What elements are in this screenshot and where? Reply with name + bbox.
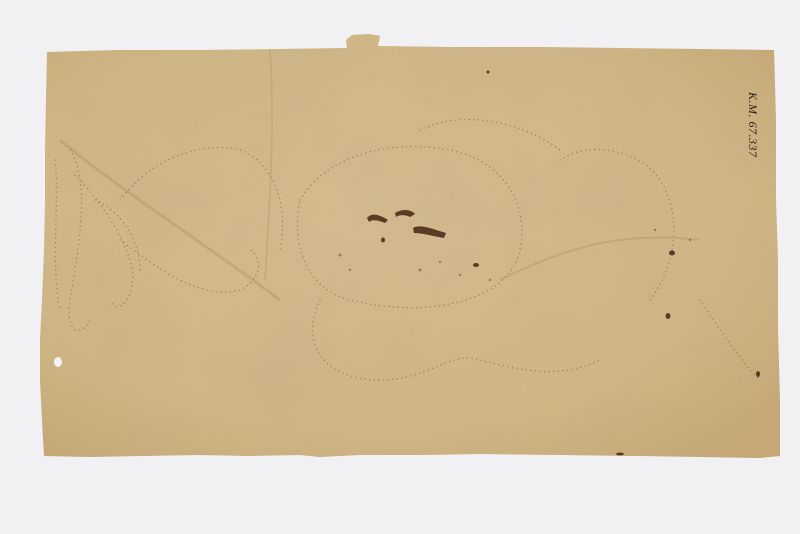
paper-sheet-photo — [0, 0, 800, 534]
inventory-number: K.M. 67.337 — [744, 92, 760, 182]
punched-hole — [54, 357, 62, 367]
